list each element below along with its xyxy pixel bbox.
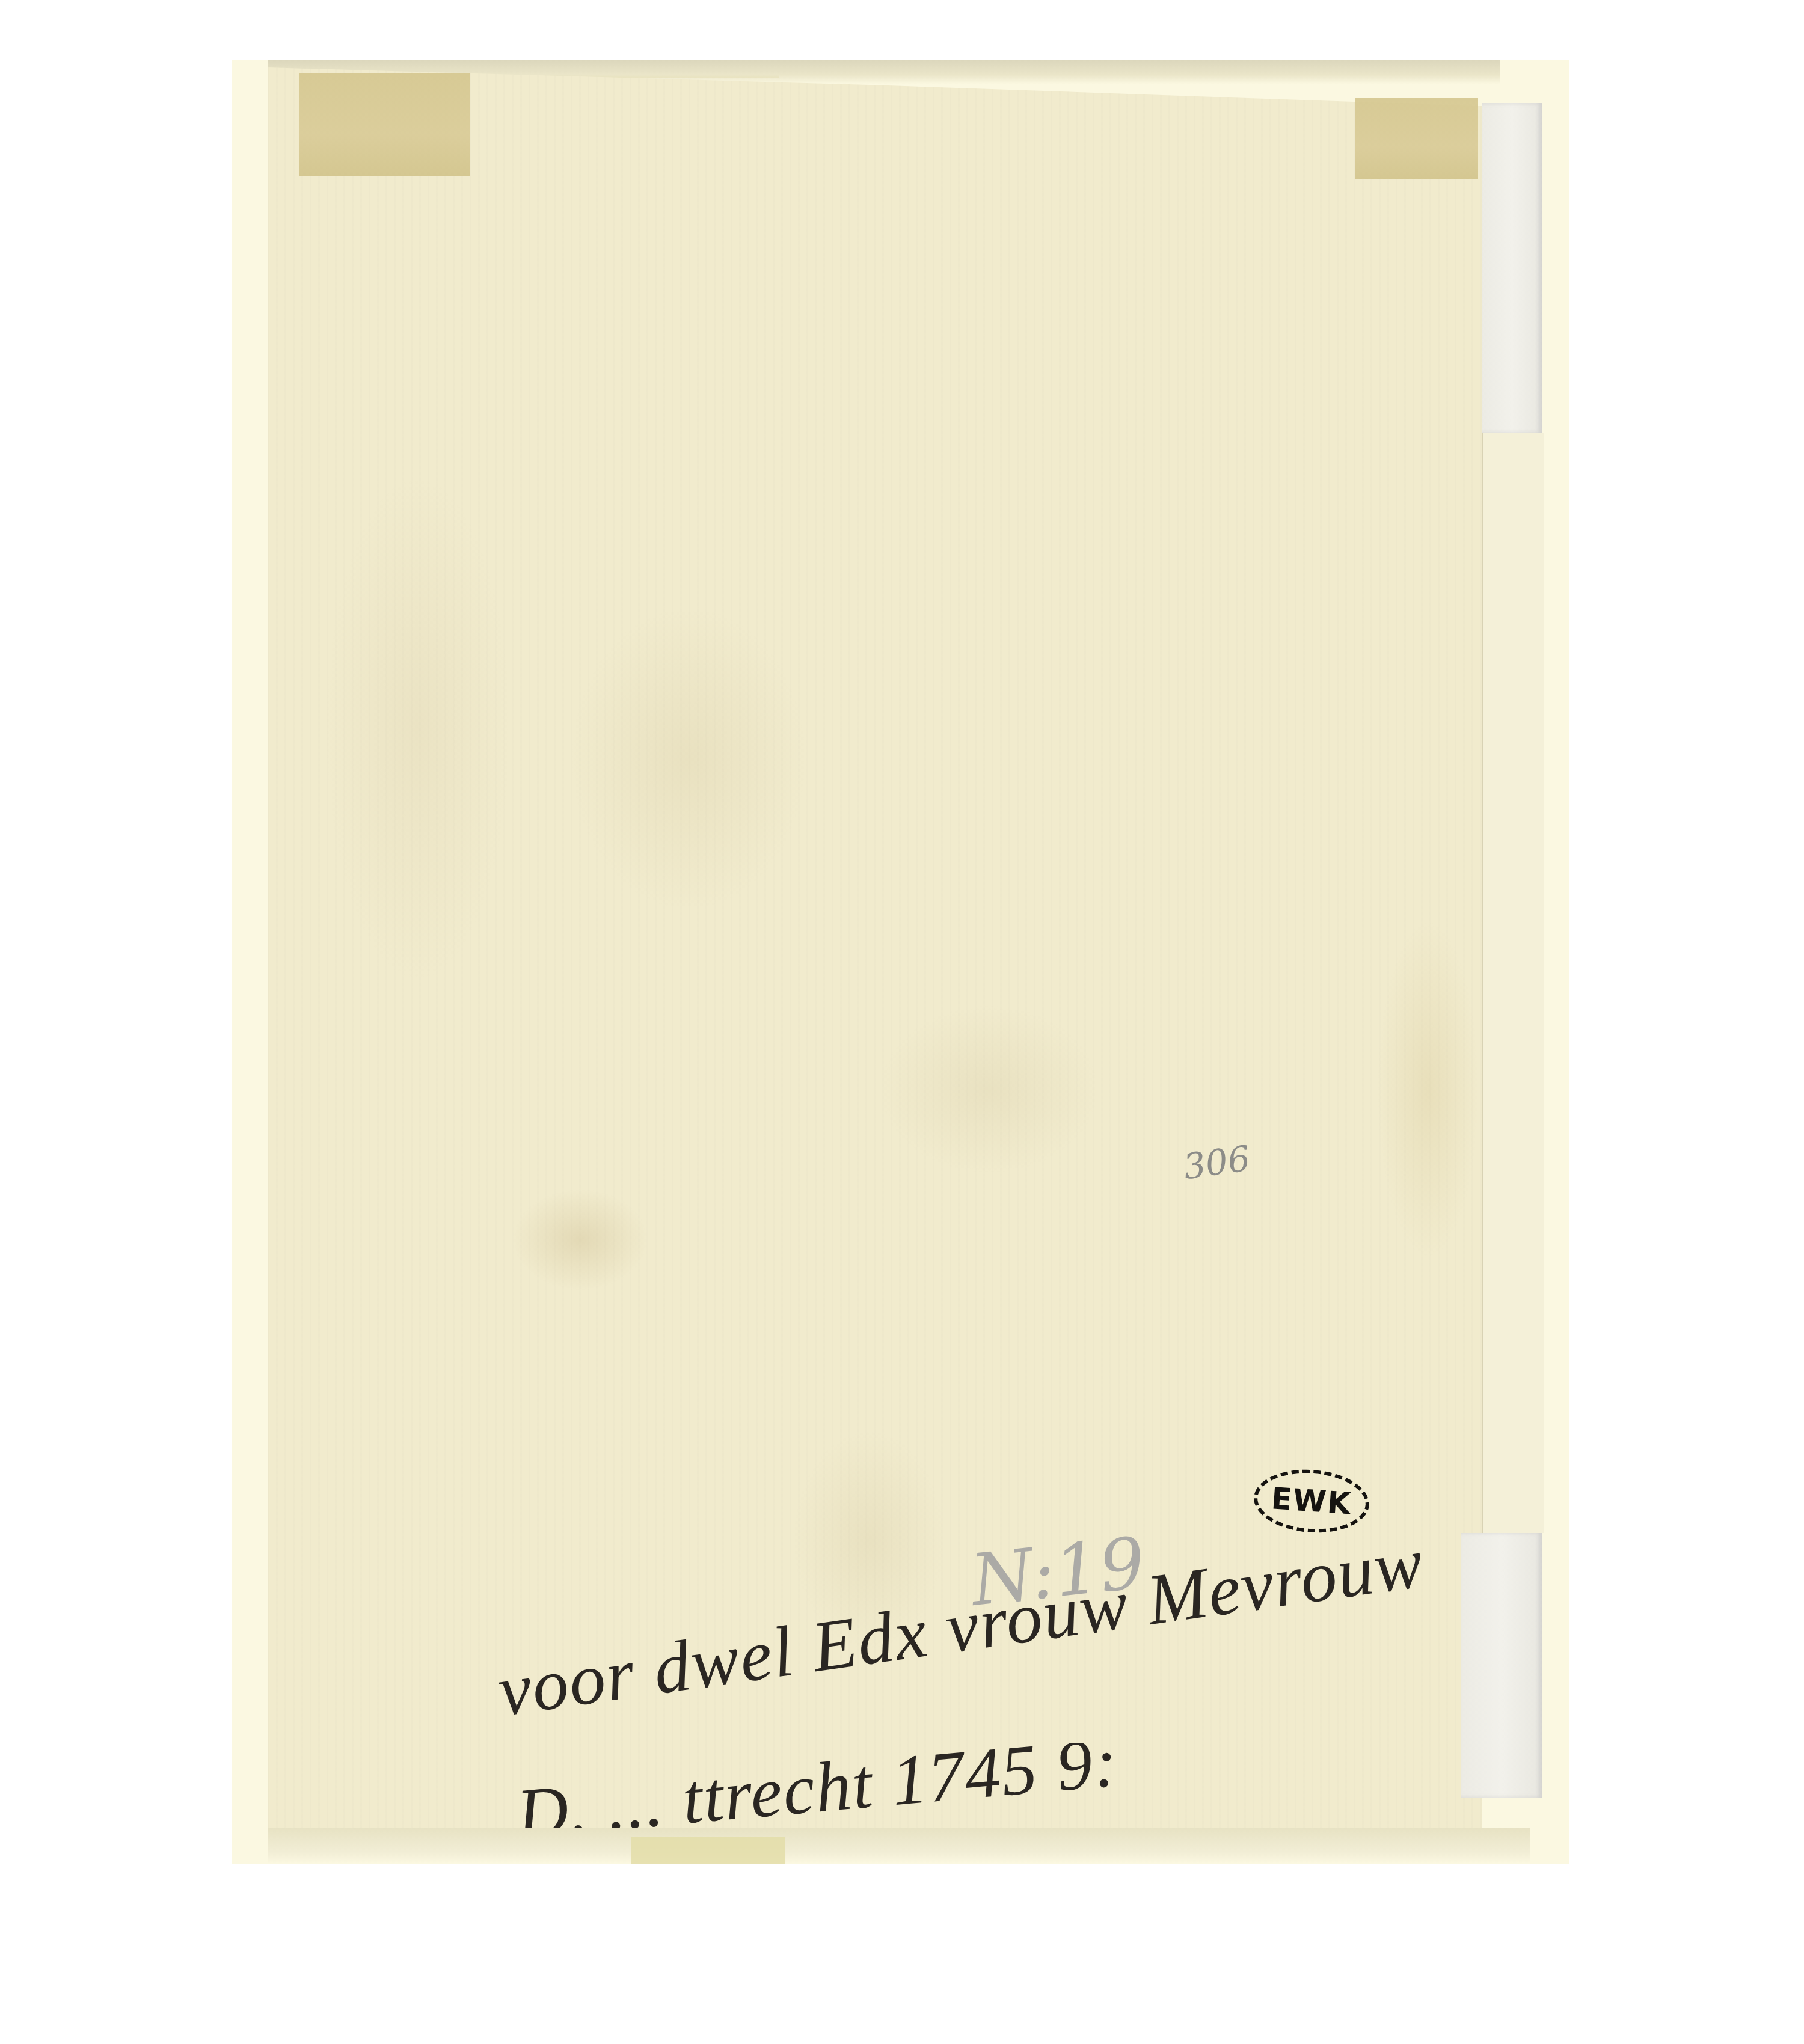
mount-strip-bottom: [631, 1837, 785, 1864]
sheet-right-margin: [1482, 433, 1544, 1533]
hinge-tape-top-right: [1355, 98, 1478, 179]
sheet-shadow-bottom: [268, 1828, 1530, 1864]
collector-stamp-text: EWK: [1270, 1481, 1353, 1521]
ink-inscription-line-2-container: D. ... ttrecht 1745 9:: [268, 1743, 1482, 1828]
tissue-hinge-top-right: [1482, 103, 1542, 433]
ink-inscription-line-2: D. ... ttrecht 1745 9:: [514, 1743, 1121, 1828]
hinge-tape-top-left: [299, 73, 470, 176]
